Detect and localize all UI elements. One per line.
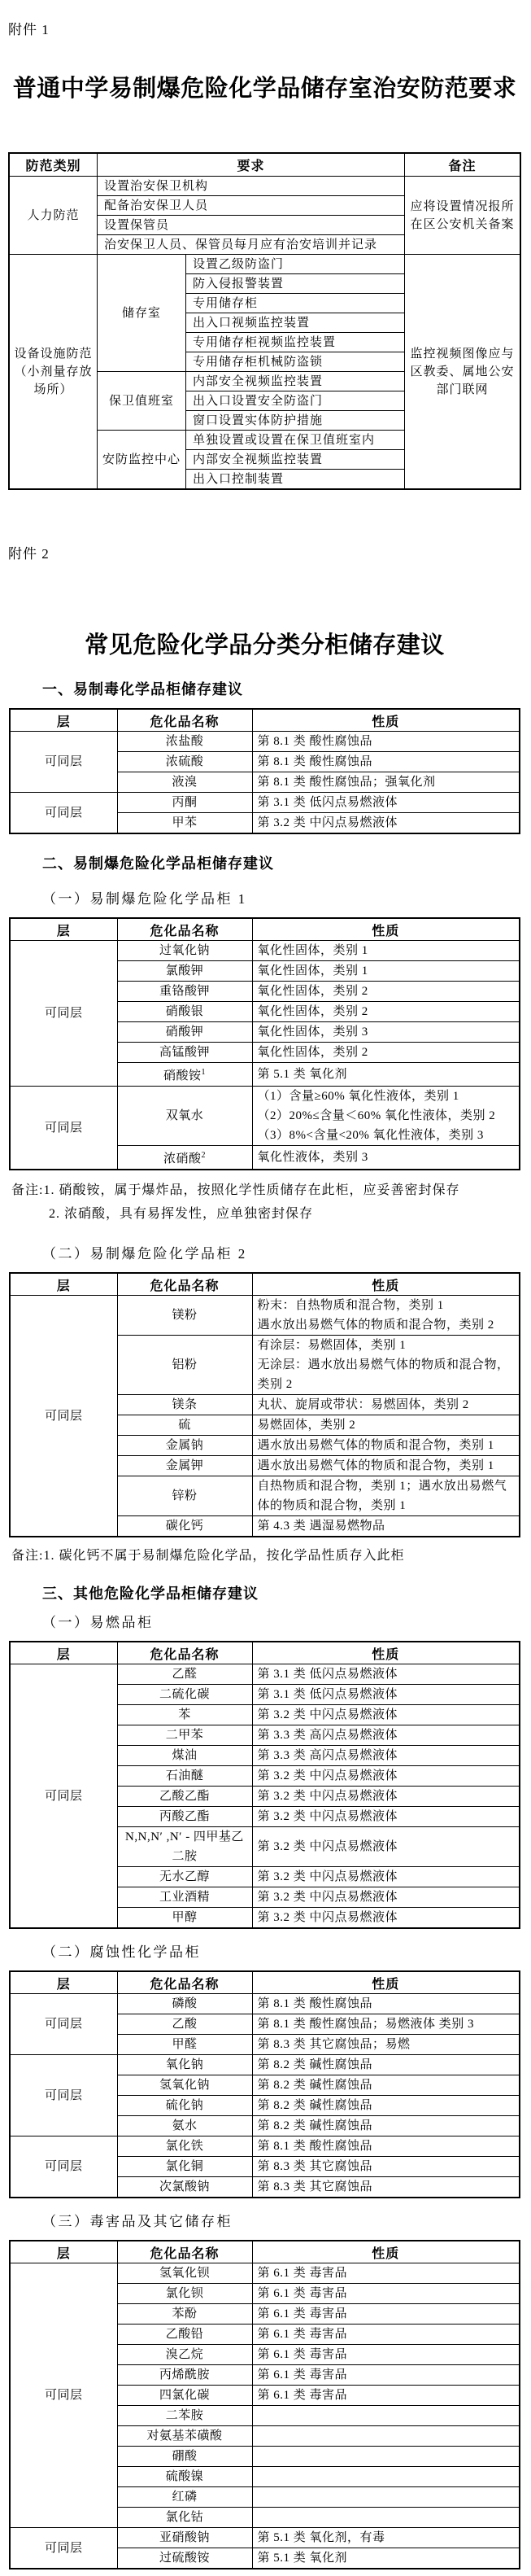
chemical-name-cell: 镁条 bbox=[117, 1395, 252, 1415]
chemical-name-cell: 甲醇 bbox=[117, 1908, 252, 1929]
property-line: 第 3.1 类 低闪点易燃液体 bbox=[258, 1664, 515, 1684]
attachment1-label: 附件 1 bbox=[8, 21, 521, 38]
subheading-corrosive-cabinet: （二）腐蚀性化学品柜 bbox=[42, 1942, 521, 1962]
column-header-remark: 备注 bbox=[405, 153, 521, 177]
property-cell: 第 6.1 类 毒害品 bbox=[252, 2386, 520, 2406]
attachment1-title: 普通中学易制爆危险化学品储存室治安防范要求 bbox=[8, 72, 521, 105]
property-cell: 第 8.2 类 碱性腐蚀品 bbox=[252, 2055, 520, 2075]
property-cell: 氧化性固体，类别 2 bbox=[252, 982, 520, 1002]
property-cell: 第 6.1 类 毒害品 bbox=[252, 2345, 520, 2365]
property-line: 第 3.2 类 中闪点易燃液体 bbox=[258, 1807, 515, 1826]
chemical-name-cell: 二甲苯 bbox=[117, 1725, 252, 1746]
chemical-name-cell: 硼酸 bbox=[117, 2447, 252, 2467]
column-header: 危化品名称 bbox=[117, 1642, 252, 1664]
layer-cell: 可同层 bbox=[10, 2055, 117, 2136]
property-line: 遇水放出易燃气体的物质和混合物，类别 1 bbox=[258, 1456, 515, 1476]
layer-cell: 可同层 bbox=[10, 2136, 117, 2198]
property-cell: 第 8.3 类 其它腐蚀品 bbox=[252, 2177, 520, 2198]
section-heading-other: 三、其他危险化学品柜储存建议 bbox=[42, 1584, 521, 1604]
property-cell: 易燃固体，类别 2 bbox=[252, 1415, 520, 1436]
property-line: 第 6.1 类 毒害品 bbox=[258, 2304, 515, 2324]
chemical-name-cell: 二硫化碳 bbox=[117, 1685, 252, 1705]
property-line: 第 8.2 类 碱性腐蚀品 bbox=[258, 2116, 515, 2136]
footnote-ref: 2 bbox=[202, 1151, 207, 1160]
table-row: 设备设施防范（小剂量存放场所） 储存室 设置乙级防盗门 监控视频图像应与区教委、… bbox=[9, 255, 520, 274]
property-line: 第 8.2 类 碱性腐蚀品 bbox=[258, 2055, 515, 2075]
property-line: 第 3.2 类 中闪点易燃液体 bbox=[258, 1867, 515, 1887]
chemical-name-cell: 氯酸钾 bbox=[117, 961, 252, 982]
property-line: 遇水放出易燃气体的物质和混合物，类别 1 bbox=[258, 1436, 515, 1455]
property-line: 第 3.2 类 中闪点易燃液体 bbox=[258, 1908, 515, 1927]
layer-cell: 可同层 bbox=[10, 732, 117, 793]
property-cell: 第 6.1 类 毒害品 bbox=[252, 2304, 520, 2325]
property-cell: 氧化性液体，类别 3 bbox=[252, 1146, 520, 1170]
subcategory-cell-monitor-center: 安防监控中心 bbox=[98, 431, 186, 490]
column-header: 危化品名称 bbox=[117, 1273, 252, 1296]
property-cell bbox=[252, 2487, 520, 2508]
property-cell: 第 5.1 类 氧化剂 bbox=[252, 1063, 520, 1087]
property-line: 第 8.1 类 酸性腐蚀品；易燃液体 类别 3 bbox=[258, 2014, 515, 2034]
property-line: 第 3.1 类 低闪点易燃液体 bbox=[258, 793, 515, 812]
property-line: 易燃固体，类别 2 bbox=[258, 1415, 515, 1435]
property-line: 第 6.1 类 毒害品 bbox=[258, 2263, 515, 2283]
property-line: 第 6.1 类 毒害品 bbox=[258, 2325, 515, 2344]
chemical-name-cell: 石油醚 bbox=[117, 1766, 252, 1787]
table-note: 备注:1. 碳化钙不属于易制爆危险化学品，按化学品性质存入此柜 bbox=[11, 1544, 521, 1568]
property-line: 有涂层：易燃固体，类别 1 bbox=[258, 1336, 515, 1355]
property-line: 粉末：自热物质和混合物，类别 1 bbox=[258, 1296, 515, 1315]
property-cell bbox=[252, 2467, 520, 2487]
column-header: 危化品名称 bbox=[117, 1971, 252, 1994]
attachment2-title: 常见危险化学品分类分柜储存建议 bbox=[8, 629, 521, 662]
property-line: 无涂层：遇水放出易燃气体的物质和混合物，类别 2 bbox=[258, 1355, 515, 1394]
column-header: 层 bbox=[10, 2241, 117, 2263]
property-line: 氧化性固体，类别 1 bbox=[258, 961, 515, 981]
chemical-name-cell: 锌粉 bbox=[117, 1476, 252, 1516]
property-line: 第 6.1 类 毒害品 bbox=[258, 2386, 515, 2405]
section-heading-precursor-explosive: 二、易制爆危险化学品柜储存建议 bbox=[42, 854, 521, 874]
chemical-name-cell: 氢氧化钡 bbox=[117, 2263, 252, 2284]
chemical-name-cell: 次氯酸钠 bbox=[117, 2177, 252, 2198]
attachment2-label: 附件 2 bbox=[8, 545, 521, 562]
chemical-name-cell: 过硫酸铵 bbox=[117, 2548, 252, 2569]
subheading-flammable-cabinet: （一）易燃品柜 bbox=[42, 1612, 521, 1633]
property-line: 氧化性固体，类别 3 bbox=[258, 1022, 515, 1042]
property-line: 第 8.3 类 其它腐蚀品 bbox=[258, 2177, 515, 2197]
property-cell: 第 6.1 类 毒害品 bbox=[252, 2284, 520, 2304]
property-line: 第 4.3 类 遇湿易燃物品 bbox=[258, 1516, 515, 1536]
property-cell: 第 8.2 类 碱性腐蚀品 bbox=[252, 2075, 520, 2096]
property-cell: 第 8.3 类 其它腐蚀品；易燃 bbox=[252, 2035, 520, 2055]
requirement-cell: 出入口控制装置 bbox=[186, 470, 405, 490]
property-cell: 第 3.2 类 中闪点易燃液体 bbox=[252, 1908, 520, 1929]
column-header: 层 bbox=[10, 1273, 117, 1296]
property-line: 第 8.1 类 酸性腐蚀品 bbox=[258, 2136, 515, 2156]
chem-table-precursor-poison: 层危化品名称性质可同层浓盐酸第 8.1 类 酸性腐蚀品浓硫酸第 8.1 类 酸性… bbox=[9, 708, 520, 834]
requirement-cell: 设置保管员 bbox=[98, 216, 405, 235]
chemical-name-cell: 硫酸镍 bbox=[117, 2467, 252, 2487]
chemical-name-cell: 磷酸 bbox=[117, 1994, 252, 2014]
property-cell: 第 3.1 类 低闪点易燃液体 bbox=[252, 793, 520, 813]
chemical-name-cell: 乙酸乙酯 bbox=[117, 1787, 252, 1807]
column-header: 性质 bbox=[252, 1642, 520, 1664]
remark-cell-human: 应将设置情况报所在区公安机关备案 bbox=[405, 177, 521, 255]
subcategory-cell-storage-room: 储存室 bbox=[98, 255, 186, 372]
property-line: 第 5.1 类 氧化剂 bbox=[258, 1065, 515, 1084]
property-line: （1）含量≥60% 氧化性液体，类别 1 bbox=[258, 1087, 515, 1106]
property-cell: 第 4.3 类 遇湿易燃物品 bbox=[252, 1516, 520, 1537]
property-line: 氧化性固体，类别 2 bbox=[258, 1002, 515, 1021]
property-cell: 自热物质和混合物，类别 1；遇水放出易燃气体的物质和混合物，类别 1 bbox=[252, 1476, 520, 1516]
layer-cell: 可同层 bbox=[10, 2263, 117, 2528]
property-cell: 第 6.1 类 毒害品 bbox=[252, 2263, 520, 2284]
table-row: 可同层氢氧化钡第 6.1 类 毒害品 bbox=[10, 2263, 520, 2284]
table-header-row: 层危化品名称性质 bbox=[10, 1642, 520, 1664]
property-cell: 第 3.2 类 中闪点易燃液体 bbox=[252, 1867, 520, 1887]
property-line: 第 3.3 类 高闪点易燃液体 bbox=[258, 1746, 515, 1765]
property-cell: 第 5.1 类 氧化剂，有毒 bbox=[252, 2528, 520, 2548]
property-cell: 第 8.1 类 酸性腐蚀品；强氧化剂 bbox=[252, 772, 520, 793]
property-cell: 氧化性固体，类别 1 bbox=[252, 961, 520, 982]
layer-cell: 可同层 bbox=[10, 793, 117, 834]
property-line: 遇水放出易燃气体的物质和混合物，类别 2 bbox=[258, 1315, 515, 1335]
property-cell: 第 3.2 类 中闪点易燃液体 bbox=[252, 1787, 520, 1807]
property-cell: （1）含量≥60% 氧化性液体，类别 1（2）20%≤含量＜60% 氧化性液体，… bbox=[252, 1087, 520, 1146]
requirement-cell: 专用储存柜机械防盗锁 bbox=[186, 352, 405, 372]
property-cell: 第 3.2 类 中闪点易燃液体 bbox=[252, 1766, 520, 1787]
property-line: 第 6.1 类 毒害品 bbox=[258, 2365, 515, 2385]
property-cell: 第 3.3 类 高闪点易燃液体 bbox=[252, 1746, 520, 1766]
table-row: 可同层过氧化钠氧化性固体，类别 1 bbox=[10, 941, 520, 961]
property-cell: 第 5.1 类 氧化剂 bbox=[252, 2548, 520, 2569]
table-row: 可同层乙醛第 3.1 类 低闪点易燃液体 bbox=[10, 1664, 520, 1685]
table-row: 可同层镁粉粉末：自热物质和混合物，类别 1遇水放出易燃气体的物质和混合物，类别 … bbox=[10, 1296, 520, 1336]
requirement-cell: 出入口设置安全防盗门 bbox=[186, 391, 405, 411]
property-cell: 第 8.1 类 酸性腐蚀品；易燃液体 类别 3 bbox=[252, 2014, 520, 2035]
property-line: 第 6.1 类 毒害品 bbox=[258, 2284, 515, 2303]
property-line: 氧化性固体，类别 1 bbox=[258, 941, 515, 960]
chemical-name-cell: 高锰酸钾 bbox=[117, 1043, 252, 1063]
property-line: 第 6.1 类 毒害品 bbox=[258, 2345, 515, 2364]
chemical-name-cell: 丙烯酰胺 bbox=[117, 2365, 252, 2386]
requirement-cell: 设置治安保卫机构 bbox=[98, 177, 405, 196]
column-header-category: 防范类别 bbox=[9, 153, 98, 177]
chemical-name-cell: 铝粉 bbox=[117, 1336, 252, 1395]
chemical-name-cell: 硝酸铵1 bbox=[117, 1063, 252, 1087]
chemical-name-cell: 亚硝酸钠 bbox=[117, 2528, 252, 2548]
chemical-name-cell: 溴乙烷 bbox=[117, 2345, 252, 2365]
property-cell: 第 8.1 类 酸性腐蚀品 bbox=[252, 1994, 520, 2014]
chemical-name-cell: 红磷 bbox=[117, 2487, 252, 2508]
chemical-name-cell: N,N,N′ ,N′ - 四甲基乙二胺 bbox=[117, 1827, 252, 1867]
chemical-name-cell: 镁粉 bbox=[117, 1296, 252, 1336]
column-header: 危化品名称 bbox=[117, 918, 252, 941]
property-cell: 第 6.1 类 毒害品 bbox=[252, 2325, 520, 2345]
chemical-name-cell: 煤油 bbox=[117, 1746, 252, 1766]
property-line: 氧化性液体，类别 3 bbox=[258, 1148, 515, 1167]
property-cell: 第 8.2 类 碱性腐蚀品 bbox=[252, 2096, 520, 2116]
chemical-name-cell: 浓硝酸2 bbox=[117, 1146, 252, 1170]
chemical-name-cell: 乙酸铅 bbox=[117, 2325, 252, 2345]
requirement-cell: 防入侵报警装置 bbox=[186, 274, 405, 294]
table-row: 可同层浓盐酸第 8.1 类 酸性腐蚀品 bbox=[10, 732, 520, 752]
property-cell: 丸状、旋屑或带状：易燃固体，类别 2 bbox=[252, 1395, 520, 1415]
property-line bbox=[258, 2447, 515, 2466]
table-header-row: 防范类别 要求 备注 bbox=[9, 153, 520, 177]
column-header: 层 bbox=[10, 709, 117, 732]
table-row: 人力防范 设置治安保卫机构 应将设置情况报所在区公安机关备案 bbox=[9, 177, 520, 196]
requirement-cell: 单独设置或设置在保卫值班室内 bbox=[186, 431, 405, 450]
subheading-explosive-cabinet-1: （一）易制爆危险化学品柜 1 bbox=[42, 889, 521, 909]
chem-table-explosive-cabinet-1: 层危化品名称性质可同层过氧化钠氧化性固体，类别 1氯酸钾氧化性固体，类别 1重铬… bbox=[9, 917, 520, 1170]
property-line: 第 3.2 类 中闪点易燃液体 bbox=[258, 1887, 515, 1907]
chemical-name-cell: 浓硫酸 bbox=[117, 752, 252, 772]
chemical-name-cell: 苯 bbox=[117, 1705, 252, 1725]
property-line: 第 8.1 类 酸性腐蚀品 bbox=[258, 752, 515, 772]
table-row: 可同层磷酸第 8.1 类 酸性腐蚀品 bbox=[10, 1994, 520, 2014]
table-header-row: 层危化品名称性质 bbox=[10, 709, 520, 732]
chemical-name-cell: 无水乙醇 bbox=[117, 1867, 252, 1887]
column-header: 性质 bbox=[252, 1273, 520, 1296]
chemical-name-cell: 过氧化钠 bbox=[117, 941, 252, 961]
table-header-row: 层危化品名称性质 bbox=[10, 918, 520, 941]
property-line: 第 3.3 类 高闪点易燃液体 bbox=[258, 1725, 515, 1745]
chemical-name-cell: 氧化钠 bbox=[117, 2055, 252, 2075]
chemical-name-cell: 重铬酸钾 bbox=[117, 982, 252, 1002]
property-cell bbox=[252, 2426, 520, 2447]
property-line: 第 3.2 类 中闪点易燃液体 bbox=[258, 813, 515, 833]
table-row: 可同层亚硝酸钠第 5.1 类 氧化剂，有毒 bbox=[10, 2528, 520, 2548]
category-cell-equipment: 设备设施防范（小剂量存放场所） bbox=[9, 255, 98, 490]
table-header-row: 层危化品名称性质 bbox=[10, 1971, 520, 1994]
chemical-name-cell: 乙醛 bbox=[117, 1664, 252, 1685]
requirement-cell: 设置乙级防盗门 bbox=[186, 255, 405, 274]
property-line: 第 3.2 类 中闪点易燃液体 bbox=[258, 1766, 515, 1786]
chemical-name-cell: 硝酸银 bbox=[117, 1002, 252, 1022]
table-row: 可同层氧化钠第 8.2 类 碱性腐蚀品 bbox=[10, 2055, 520, 2075]
column-header: 危化品名称 bbox=[117, 2241, 252, 2263]
subheading-toxic-cabinet: （三）毒害品及其它储存柜 bbox=[42, 2211, 521, 2232]
requirement-cell: 专用储存柜视频监控装置 bbox=[186, 333, 405, 352]
table-notes: 备注:1. 碳化钙不属于易制爆危险化学品，按化学品性质存入此柜 bbox=[11, 1544, 521, 1568]
property-cell: 第 8.1 类 酸性腐蚀品 bbox=[252, 732, 520, 752]
property-cell: 第 3.3 类 高闪点易燃液体 bbox=[252, 1725, 520, 1746]
section-heading-precursor-poison: 一、易制毒化学品柜储存建议 bbox=[42, 680, 521, 700]
property-cell bbox=[252, 2508, 520, 2528]
chem-table-toxic: 层危化品名称性质可同层氢氧化钡第 6.1 类 毒害品氯化钡第 6.1 类 毒害品… bbox=[9, 2240, 520, 2569]
chemical-name-cell: 四氯化碳 bbox=[117, 2386, 252, 2406]
chemical-name-cell: 甲苯 bbox=[117, 813, 252, 834]
property-line: 第 5.1 类 氧化剂，有毒 bbox=[258, 2528, 515, 2548]
security-requirements-table: 防范类别 要求 备注 人力防范 设置治安保卫机构 应将设置情况报所在区公安机关备… bbox=[8, 152, 521, 490]
property-cell: 第 8.1 类 酸性腐蚀品 bbox=[252, 2136, 520, 2157]
property-line: 丸状、旋屑或带状：易燃固体，类别 2 bbox=[258, 1395, 515, 1415]
chemical-name-cell: 苯酚 bbox=[117, 2304, 252, 2325]
column-header-requirement: 要求 bbox=[98, 153, 405, 177]
column-header: 性质 bbox=[252, 2241, 520, 2263]
property-cell: 第 8.1 类 酸性腐蚀品 bbox=[252, 752, 520, 772]
chemical-name-cell: 双氧水 bbox=[117, 1087, 252, 1146]
chemical-name-cell: 硫 bbox=[117, 1415, 252, 1436]
chem-table-flammable: 层危化品名称性质可同层乙醛第 3.1 类 低闪点易燃液体二硫化碳第 3.1 类 … bbox=[9, 1641, 520, 1929]
property-line: 第 5.1 类 氧化剂 bbox=[258, 2548, 515, 2568]
table-row: 可同层氯化铁第 8.1 类 酸性腐蚀品 bbox=[10, 2136, 520, 2157]
chemical-name-cell: 金属钾 bbox=[117, 1456, 252, 1476]
requirement-cell: 专用储存柜 bbox=[186, 294, 405, 313]
property-cell: 第 3.2 类 中闪点易燃液体 bbox=[252, 1705, 520, 1725]
property-line: 第 8.1 类 酸性腐蚀品 bbox=[258, 1994, 515, 2014]
category-cell-human: 人力防范 bbox=[9, 177, 98, 255]
property-line: 第 8.3 类 其它腐蚀品 bbox=[258, 2157, 515, 2176]
property-cell: 遇水放出易燃气体的物质和混合物，类别 1 bbox=[252, 1436, 520, 1456]
chemical-name-cell: 对氨基苯磺酸 bbox=[117, 2426, 252, 2447]
property-cell: 第 3.2 类 中闪点易燃液体 bbox=[252, 1807, 520, 1827]
layer-cell: 可同层 bbox=[10, 941, 117, 1087]
property-cell: 第 3.2 类 中闪点易燃液体 bbox=[252, 1887, 520, 1908]
layer-cell: 可同层 bbox=[10, 1087, 117, 1170]
property-cell: 第 3.2 类 中闪点易燃液体 bbox=[252, 813, 520, 834]
property-cell bbox=[252, 2447, 520, 2467]
property-line: 第 3.2 类 中闪点易燃液体 bbox=[258, 1787, 515, 1806]
chemical-name-cell: 二苯胺 bbox=[117, 2406, 252, 2426]
property-cell: 氧化性固体，类别 2 bbox=[252, 1002, 520, 1022]
subcategory-cell-guard-room: 保卫值班室 bbox=[98, 372, 186, 431]
property-line: 氧化性固体，类别 2 bbox=[258, 982, 515, 1001]
property-cell: 氧化性固体，类别 2 bbox=[252, 1043, 520, 1063]
property-cell: 粉末：自热物质和混合物，类别 1遇水放出易燃气体的物质和混合物，类别 2 bbox=[252, 1296, 520, 1336]
table-header-row: 层危化品名称性质 bbox=[10, 1273, 520, 1296]
property-line: 第 8.3 类 其它腐蚀品；易燃 bbox=[258, 2035, 515, 2054]
chemical-name-cell: 硝酸钾 bbox=[117, 1022, 252, 1043]
property-cell: 第 3.2 类 中闪点易燃液体 bbox=[252, 1827, 520, 1867]
chemical-name-cell: 氨水 bbox=[117, 2116, 252, 2136]
chemical-name-cell: 乙酸 bbox=[117, 2014, 252, 2035]
table-header-row: 层危化品名称性质 bbox=[10, 2241, 520, 2263]
table-note: 2. 浓硝酸，具有易挥发性，应单独密封保存 bbox=[11, 1202, 521, 1226]
chemical-name-cell: 丙酮 bbox=[117, 793, 252, 813]
chemical-name-cell: 氯化铁 bbox=[117, 2136, 252, 2157]
property-cell: 氧化性固体，类别 3 bbox=[252, 1022, 520, 1043]
property-line: （2）20%≤含量＜60% 氧化性液体，类别 2 bbox=[258, 1106, 515, 1126]
chemical-name-cell: 浓盐酸 bbox=[117, 732, 252, 752]
property-line bbox=[258, 2406, 515, 2425]
column-header: 层 bbox=[10, 918, 117, 941]
property-line: 第 3.2 类 中闪点易燃液体 bbox=[258, 1705, 515, 1725]
property-cell: 遇水放出易燃气体的物质和混合物，类别 1 bbox=[252, 1456, 520, 1476]
column-header: 层 bbox=[10, 1642, 117, 1664]
column-header: 性质 bbox=[252, 1971, 520, 1994]
property-cell: 第 3.1 类 低闪点易燃液体 bbox=[252, 1664, 520, 1685]
table-note: 备注:1. 硝酸铵，属于爆炸品，按照化学性质储存在此柜，应妥善密封保存 bbox=[11, 1179, 521, 1202]
chemical-name-cell: 碳化钙 bbox=[117, 1516, 252, 1537]
footnote-ref: 1 bbox=[202, 1068, 207, 1077]
property-line: 氧化性固体，类别 2 bbox=[258, 1043, 515, 1062]
property-cell: 第 6.1 类 毒害品 bbox=[252, 2365, 520, 2386]
requirement-cell: 配备治安保卫人员 bbox=[98, 196, 405, 216]
layer-cell: 可同层 bbox=[10, 1664, 117, 1929]
subheading-explosive-cabinet-2: （二）易制爆危险化学品柜 2 bbox=[42, 1244, 521, 1264]
property-line: 第 8.2 类 碱性腐蚀品 bbox=[258, 2075, 515, 2095]
property-line: （3）8%<含量<20% 氧化性液体，类别 3 bbox=[258, 1126, 515, 1145]
chemical-name-cell: 甲醛 bbox=[117, 2035, 252, 2055]
chemical-name-cell: 工业酒精 bbox=[117, 1887, 252, 1908]
chem-table-corrosive: 层危化品名称性质可同层磷酸第 8.1 类 酸性腐蚀品乙酸第 8.1 类 酸性腐蚀… bbox=[9, 1970, 520, 2198]
property-line: 第 3.2 类 中闪点易燃液体 bbox=[258, 1837, 515, 1857]
table-row: 可同层丙酮第 3.1 类 低闪点易燃液体 bbox=[10, 793, 520, 813]
property-line bbox=[258, 2467, 515, 2486]
chemical-name-cell: 硫化钠 bbox=[117, 2096, 252, 2116]
layer-cell: 可同层 bbox=[10, 1296, 117, 1537]
layer-cell: 可同层 bbox=[10, 1994, 117, 2055]
chemical-name-cell: 丙酸乙酯 bbox=[117, 1807, 252, 1827]
property-cell: 第 8.3 类 其它腐蚀品 bbox=[252, 2157, 520, 2177]
property-line bbox=[258, 2508, 515, 2527]
requirement-cell: 内部安全视频监控装置 bbox=[186, 372, 405, 391]
property-cell: 有涂层：易燃固体，类别 1无涂层：遇水放出易燃气体的物质和混合物，类别 2 bbox=[252, 1336, 520, 1395]
chemical-name-cell: 金属钠 bbox=[117, 1436, 252, 1456]
chem-table-explosive-cabinet-2: 层危化品名称性质可同层镁粉粉末：自热物质和混合物，类别 1遇水放出易燃气体的物质… bbox=[9, 1272, 520, 1537]
column-header: 危化品名称 bbox=[117, 709, 252, 732]
property-line: 第 8.2 类 碱性腐蚀品 bbox=[258, 2096, 515, 2115]
chemical-name-cell: 氯化铜 bbox=[117, 2157, 252, 2177]
property-cell: 第 3.1 类 低闪点易燃液体 bbox=[252, 1685, 520, 1705]
remark-cell-equipment: 监控视频图像应与区教委、属地公安部门联网 bbox=[405, 255, 521, 490]
property-line: 第 8.1 类 酸性腐蚀品；强氧化剂 bbox=[258, 772, 515, 792]
requirement-cell: 窗口设置实体防护措施 bbox=[186, 411, 405, 431]
chemical-name-cell: 氢氧化钠 bbox=[117, 2075, 252, 2096]
property-line bbox=[258, 2426, 515, 2446]
property-cell: 氧化性固体，类别 1 bbox=[252, 941, 520, 961]
column-header: 层 bbox=[10, 1971, 117, 1994]
property-line: 第 3.1 类 低闪点易燃液体 bbox=[258, 1685, 515, 1704]
column-header: 性质 bbox=[252, 918, 520, 941]
column-header: 性质 bbox=[252, 709, 520, 732]
chemical-name-cell: 液溴 bbox=[117, 772, 252, 793]
layer-cell: 可同层 bbox=[10, 2528, 117, 2569]
property-cell: 第 8.2 类 碱性腐蚀品 bbox=[252, 2116, 520, 2136]
requirement-cell: 治安保卫人员、保管员每月应有治安培训并记录 bbox=[98, 235, 405, 255]
chemical-name-cell: 氯化钴 bbox=[117, 2508, 252, 2528]
document-page: 附件 1 普通中学易制爆危险化学品储存室治安防范要求 防范类别 要求 备注 人力… bbox=[0, 0, 531, 2576]
table-notes: 备注:1. 硝酸铵，属于爆炸品，按照化学性质储存在此柜，应妥善密封保存2. 浓硝… bbox=[11, 1179, 521, 1226]
chemical-name-cell: 氯化钡 bbox=[117, 2284, 252, 2304]
table-row: 可同层双氧水（1）含量≥60% 氧化性液体，类别 1（2）20%≤含量＜60% … bbox=[10, 1087, 520, 1146]
property-line: 自热物质和混合物，类别 1；遇水放出易燃气体的物质和混合物，类别 1 bbox=[258, 1476, 515, 1515]
requirement-cell: 内部安全视频监控装置 bbox=[186, 450, 405, 470]
property-cell bbox=[252, 2406, 520, 2426]
property-line: 第 8.1 类 酸性腐蚀品 bbox=[258, 732, 515, 751]
property-line bbox=[258, 2487, 515, 2507]
requirement-cell: 出入口视频监控装置 bbox=[186, 313, 405, 333]
